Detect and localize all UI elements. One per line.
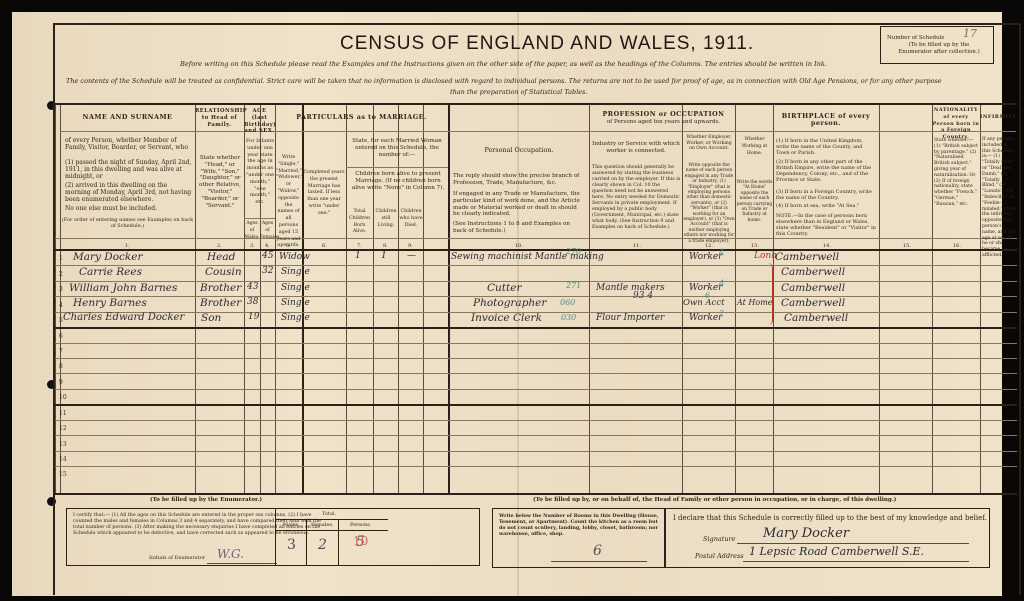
header-personal-body: The reply should show the precise branch… [453, 173, 585, 187]
totals-line [276, 530, 388, 531]
header-home-body: Write the words "At Home" opposite the n… [736, 180, 773, 223]
column-number: 5. [286, 243, 291, 249]
row-number: 1 [59, 255, 63, 262]
header-marriage-condition: Write "Single," "Married," "Widower," or… [276, 155, 301, 250]
red-bracket-mark [768, 263, 773, 325]
confidentiality-line: The contents of the Schedule will be tre… [66, 77, 942, 85]
employer-code: 6 [705, 291, 710, 300]
address-value[interactable]: 1 Lepsic Road Camberwell S.E. [749, 545, 924, 558]
header-birthplace-body: NOTE.—In the case of persons born elsewh… [776, 213, 876, 237]
header-personal-occupation: Personal Occupation. [450, 147, 588, 154]
enumerator-heading: (To be filled up by the Enumerator.) [150, 497, 262, 503]
red-annotation: Lonh [754, 251, 777, 261]
row-number: 14 [59, 456, 67, 463]
row-number: 6 [59, 333, 63, 340]
row-line [55, 451, 1017, 452]
person-age-male[interactable]: 38 [247, 297, 258, 307]
column-number: 4. [265, 243, 270, 249]
header-line [55, 238, 1017, 239]
person-name[interactable]: Henry Barnes [73, 297, 147, 309]
employer-code: 4 [719, 248, 724, 257]
header-age-females: Ages of Females. [260, 221, 275, 241]
household-table: NAME AND SURNAME of every Person, whethe… [55, 103, 1017, 495]
occupation-code: 030 [561, 313, 576, 322]
column-number: 6. [322, 243, 327, 249]
column-number: 15. [903, 243, 911, 249]
initials-value[interactable]: W.G. [217, 547, 244, 561]
totals-line [276, 519, 388, 520]
totals-divider [338, 519, 339, 565]
person-occupation[interactable]: Cutter [487, 282, 521, 294]
header-industry: Industry or Service with which worker is… [591, 141, 681, 155]
person-relationship[interactable]: Brother [200, 282, 241, 294]
totals-table: Total. Males. Females. Persons. 3 2 5 [275, 509, 388, 565]
header-name-body: (For order of entering names see Example… [60, 217, 195, 229]
occupation-code: 271 [566, 281, 581, 290]
schedule-number-sub: (To be filled up by the Enumerator after… [891, 42, 987, 56]
confidentiality-line-2: than the preparation of Statistical Tabl… [450, 88, 588, 96]
children-died[interactable]: — [407, 251, 416, 261]
row-number: 3 [59, 286, 63, 293]
column-number: 3. [250, 243, 255, 249]
children-living[interactable]: 1 [381, 251, 387, 261]
header-birthplace-body: (2) If born in any other part of the Bri… [776, 159, 876, 183]
column-number: 12. [705, 243, 713, 249]
header-birthplace: BIRTHPLACE of every person. [773, 113, 879, 127]
row-number: 9 [59, 379, 63, 386]
signature-label: Signature [703, 535, 736, 543]
row-line [55, 373, 1017, 374]
row-line [55, 435, 1017, 436]
females-total[interactable]: 2 [318, 537, 327, 553]
header-children: Children born alive to present Marriage.… [349, 171, 447, 191]
header-infirmity: INFIRMITY. [980, 114, 1017, 121]
person-relationship[interactable]: Brother [200, 297, 241, 309]
header-birthplace-body: (3) If born in a Foreign Country, write … [776, 189, 876, 201]
row-number: 15 [59, 471, 67, 478]
initials-label: Initials of Enumerator [149, 555, 205, 561]
page-title: CENSUS OF ENGLAND AND WALES, 1911. [340, 33, 754, 55]
header-marriage-years: Completed years the present Marriage has… [303, 170, 345, 218]
person-employer-status[interactable]: Worker [689, 252, 722, 262]
declaration-text: I declare that this Schedule is correctl… [673, 514, 987, 522]
person-condition[interactable]: Single [281, 298, 310, 308]
header-children-living: Children still Living. [374, 209, 398, 229]
person-birthplace[interactable]: Camberwell [781, 282, 845, 294]
signature-value[interactable]: Mary Docker [763, 526, 849, 541]
persons-label: Persons. [350, 522, 371, 528]
row-number: 13 [59, 441, 67, 448]
person-industry[interactable]: Mantle makers [596, 283, 665, 293]
schedule-number-value[interactable]: 17 [963, 27, 977, 40]
signature-line [737, 543, 969, 544]
header-name-body: (2) arrived in this dwelling on the morn… [65, 182, 193, 204]
person-employer-status[interactable]: Worker [689, 313, 722, 323]
column-number: 11. [633, 243, 641, 249]
header-age-body: For Infants under one year state the age… [245, 138, 275, 206]
row-line [55, 265, 1017, 266]
person-relationship[interactable]: Cousin [205, 266, 242, 278]
schedule-number-label: Number of Schedule [887, 35, 945, 41]
header-age: AGE (last Birthday) and SEX. [244, 108, 275, 135]
header-name-body: (1) passed the night of Sunday, April 2n… [65, 159, 193, 181]
declaration-box: I declare that this Schedule is correctl… [664, 508, 990, 568]
row-line [55, 420, 1017, 421]
row-number: 12 [59, 425, 67, 432]
column-number: 16. [953, 243, 961, 249]
header-line [55, 249, 1017, 251]
person-name[interactable]: Carrie Rees [79, 266, 142, 278]
row-line [55, 343, 1017, 344]
header-birthplace-body: (1) If born in the United Kingdom, write… [776, 138, 876, 156]
row-line [55, 327, 1017, 329]
person-name[interactable]: Charles Edward Docker [63, 312, 184, 323]
header-industry-body: This question should generally be answer… [592, 165, 681, 231]
header-personal-body: If engaged in any Trade or Manufacture, … [453, 191, 585, 218]
person-condition[interactable]: Widow [279, 252, 310, 262]
person-birthplace[interactable]: Camberwell [775, 251, 839, 263]
header-name: NAME AND SURNAME [60, 114, 195, 121]
person-relationship[interactable]: Son [201, 312, 221, 324]
person-name[interactable]: William John Barnes [69, 282, 177, 294]
person-age-male[interactable]: 43 [247, 282, 258, 292]
row-line [55, 404, 1017, 406]
header-relationship: RELATIONSHIP to Head of Family. [195, 108, 244, 128]
occupier-heading: (To be filled up by, or on behalf of, th… [533, 497, 896, 503]
person-birthplace[interactable]: Camberwell [784, 312, 848, 324]
header-name-body: No one else must be included. [65, 206, 193, 213]
row-line [55, 389, 1017, 390]
person-birthplace[interactable]: Camberwell [781, 266, 845, 278]
person-industry[interactable]: Flour Importer [596, 313, 664, 323]
column-number: 13. [751, 243, 759, 249]
person-occupation[interactable]: Photographer [473, 297, 546, 309]
header-birthplace-body: (4) If born at sea, write "At Sea." [776, 203, 876, 210]
header-home: Whether Working at Home. [736, 137, 773, 157]
males-label: Males. [283, 522, 300, 528]
person-relationship[interactable]: Head [207, 251, 235, 263]
row-line [55, 358, 1017, 359]
occupation-code: 270 [566, 247, 581, 256]
person-employer-status[interactable]: Own Acct [683, 298, 725, 308]
row-number: 2 [59, 271, 63, 278]
person-condition[interactable]: Single [281, 313, 310, 323]
initials-line [207, 563, 277, 564]
header-relationship-body: State whether "Head," or "Wife," "Son," … [197, 155, 243, 209]
females-label: Females. [311, 522, 334, 528]
header-name-body: of every Person, whether Member of Famil… [65, 137, 193, 151]
address-line [743, 561, 969, 562]
totals-divider [306, 519, 307, 565]
column-number: 10. [515, 243, 523, 249]
person-name[interactable]: Mary Docker [73, 251, 143, 263]
row-number: 11 [59, 410, 67, 417]
employer-code: 2 [719, 309, 724, 318]
header-employer: Whether Employer, Worker, or Working on … [683, 135, 735, 152]
person-condition[interactable]: Single [281, 283, 310, 293]
children-total[interactable]: 1 [355, 251, 361, 261]
enumerator-box: I certify that:— (1) All the ages on thi… [66, 508, 480, 566]
header-nationality: NATIONALITY of every Person born in a Fo… [932, 107, 980, 141]
header-infirmity-body: If any person included in this Schedule … [982, 137, 1016, 259]
column-number: 14. [823, 243, 831, 249]
total-label: Total. [322, 511, 336, 517]
person-age-female[interactable]: 32 [262, 266, 273, 276]
header-nationality-body: State whether:— (1) "British subject by … [934, 138, 979, 208]
person-age-male[interactable]: 19 [248, 312, 259, 322]
header-line [346, 167, 448, 168]
person-occupation[interactable]: Invoice Clerk [471, 312, 542, 324]
address-label: Postal Address [695, 552, 744, 560]
person-birthplace[interactable]: Camberwell [781, 297, 845, 309]
red-annotation-total: 10 [353, 534, 368, 548]
header-married-woman: State, for each Married Woman entered on… [347, 138, 447, 158]
industry-code: 93 4 [633, 291, 653, 301]
occupation-code: 060 [560, 298, 575, 307]
employer-code: 4 [719, 279, 724, 288]
header-personal-body: (See Instructions 1 to 8 and Examples on… [453, 221, 585, 235]
header-age-males: Ages of Males. [244, 221, 260, 241]
header-line [60, 131, 1016, 132]
header-employer-body: Write opposite the name of each person e… [683, 163, 735, 244]
person-age-female[interactable]: 45 [262, 251, 273, 261]
row-number: 8 [59, 363, 63, 370]
row-line [55, 466, 1017, 467]
rooms-line [551, 561, 647, 562]
row-number: 4 [59, 302, 63, 309]
header-children-total: Total Children Born Alive. [347, 209, 372, 236]
column-number: 7. [357, 243, 362, 249]
column-number: 9. [408, 243, 413, 249]
instruction-line: Before writing on this Schedule please r… [180, 60, 827, 68]
rooms-value[interactable]: 6 [593, 543, 602, 559]
column-number: 8. [383, 243, 388, 249]
rooms-instructions: Write below the Number of Rooms in this … [499, 513, 659, 537]
row-number: 7 [59, 348, 63, 355]
header-children-died: Children who have Died. [399, 209, 423, 229]
schedule-number-box: Number of Schedule (To be filled up by t… [880, 26, 994, 64]
males-total[interactable]: 3 [287, 537, 296, 553]
rooms-box: Write below the Number of Rooms in this … [492, 508, 666, 568]
header-line [244, 218, 275, 219]
column-number: 2. [217, 243, 222, 249]
header-marriage: PARTICULARS as to MARRIAGE. [275, 114, 448, 121]
person-condition[interactable]: Single [281, 267, 310, 277]
column-number: 1. [125, 243, 130, 249]
row-number: 10 [59, 394, 67, 401]
